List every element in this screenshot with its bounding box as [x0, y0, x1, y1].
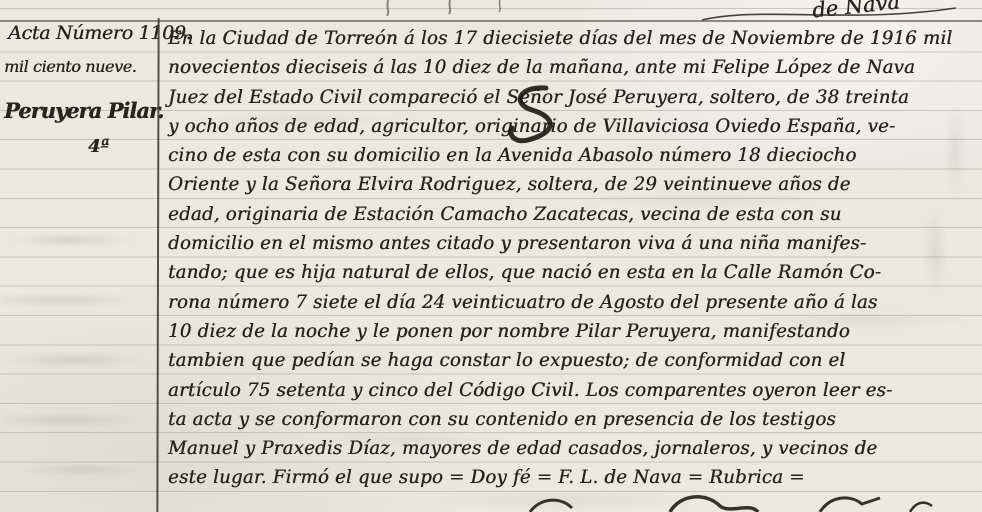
- act-text-line: tando; que es hija natural de ellos, que…: [168, 258, 978, 287]
- cutoff-pen-strokes-bottom: [520, 488, 940, 512]
- act-text-line: domicilio en el mismo antes citado y pre…: [168, 229, 978, 258]
- act-text-line: cino de esta con su domicilio en la Aven…: [168, 141, 978, 170]
- margin-registered-name: Peruyera Pilar.: [4, 98, 160, 123]
- act-text-line: novecientos dieciseis á las 10 diez de l…: [168, 53, 978, 82]
- act-text-line: rona número 7 siete el día 24 veinticuat…: [168, 288, 978, 317]
- act-text-line: edad, originaria de Estación Camacho Zac…: [168, 200, 978, 229]
- act-text-line: tambien que pedían se haga constar lo ex…: [168, 346, 978, 375]
- margin-act-number-words: mil ciento nueve.: [4, 57, 158, 76]
- act-text-line: y ocho años de edad, agricultor, origina…: [168, 112, 978, 141]
- scanned-register-page: de Nava Acta Número 1109. mil ciento nue…: [0, 0, 982, 512]
- act-body-text: En la Ciudad de Torreón á los 17 diecisi…: [168, 24, 978, 493]
- margin-annotation: 4ª: [88, 136, 109, 157]
- act-text-line: En la Ciudad de Torreón á los 17 diecisi…: [168, 24, 978, 53]
- ink-flourish: [498, 84, 568, 144]
- act-text-line: ta acta y se conformaron con su contenid…: [168, 405, 978, 434]
- cutoff-pen-strokes-top: [380, 0, 520, 16]
- act-text-line: Oriente y la Señora Elvira Rodriguez, so…: [168, 170, 978, 199]
- act-text-line: 10 diez de la noche y le ponen por nombr…: [168, 317, 978, 346]
- act-text-line: Juez del Estado Civil compareció el Seño…: [168, 83, 978, 112]
- margin-act-number: Acta Número 1109.: [8, 22, 158, 44]
- act-text-line: artículo 75 setenta y cinco del Código C…: [168, 376, 978, 405]
- act-text-line: Manuel y Praxedis Díaz, mayores de edad …: [168, 434, 978, 463]
- signature-underline-swash: [700, 0, 960, 26]
